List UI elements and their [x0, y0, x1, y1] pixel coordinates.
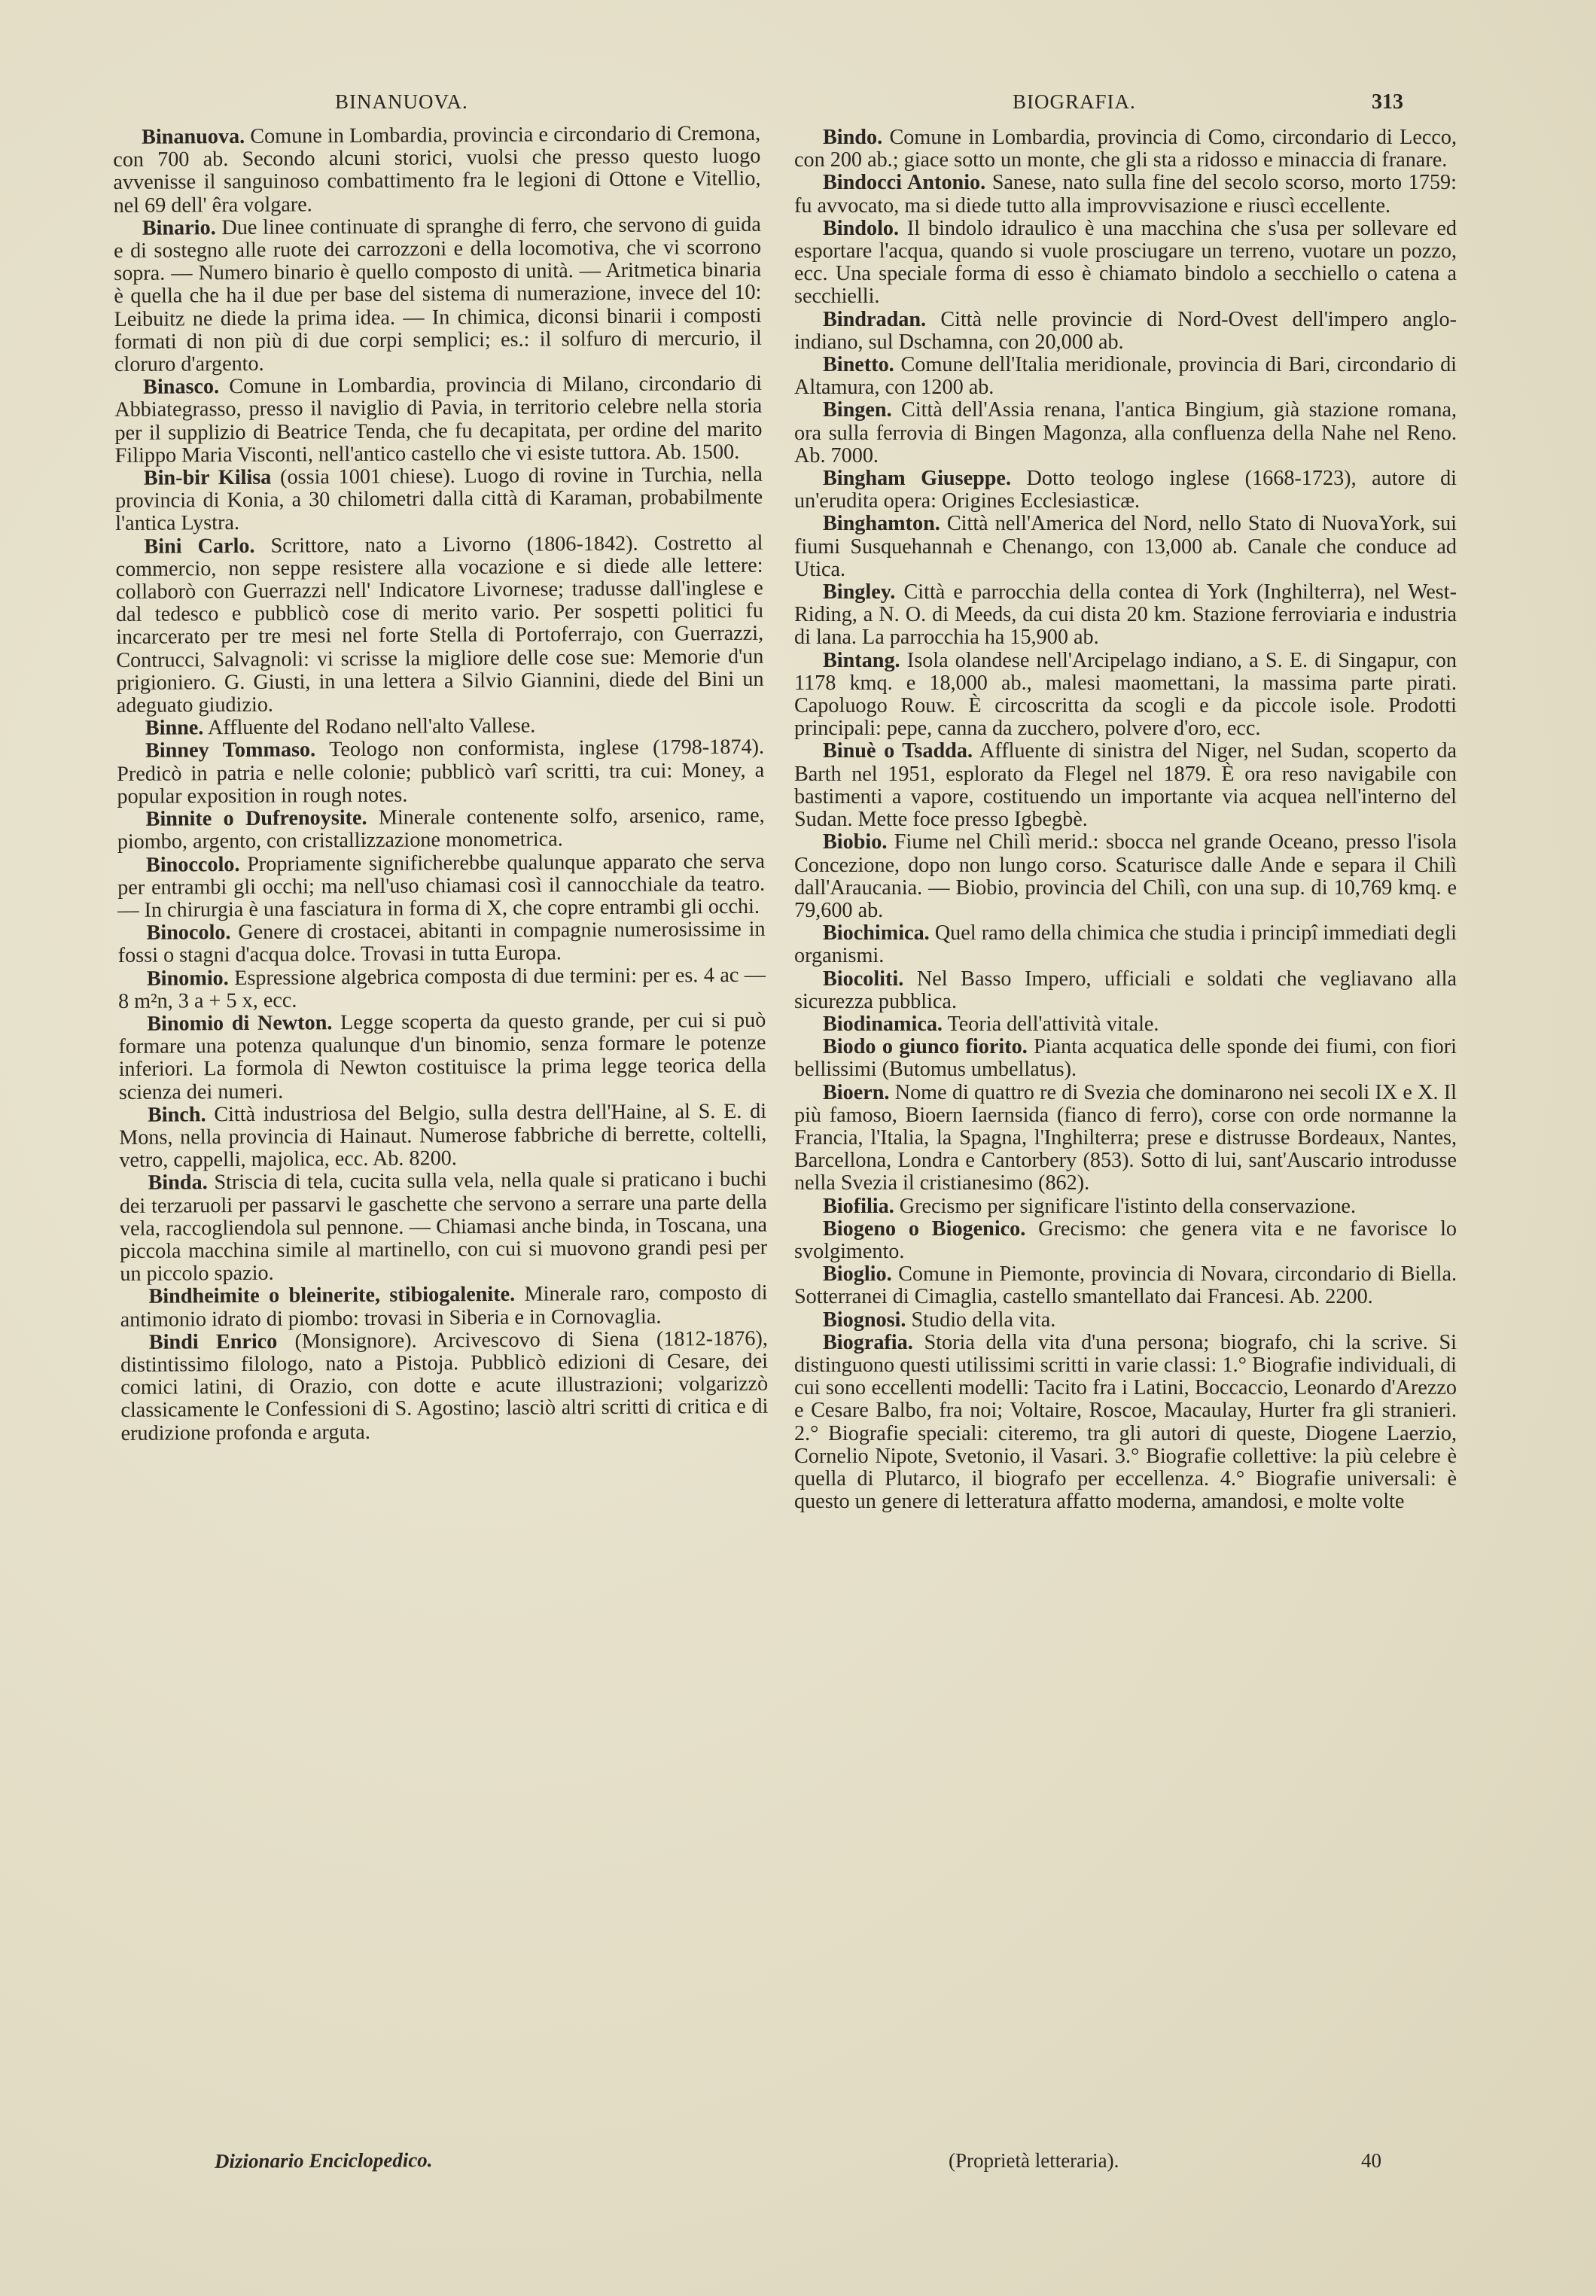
entry-definition: Città dell'Assia renana, l'antica Bingiu… — [794, 398, 1457, 467]
left-column: Binanuova. Comune in Lombardia, provinci… — [113, 123, 769, 1445]
entry-headword: Bingley. — [823, 580, 895, 604]
page-footer: Dizionario Enciclopedico. (Proprietà let… — [0, 2149, 1596, 2194]
entry-headword: Bintang. — [823, 649, 900, 672]
dictionary-entry: Bingen. Città dell'Assia renana, l'antic… — [794, 399, 1457, 467]
entry-headword: Binch. — [148, 1103, 206, 1126]
entry-headword: Bioglio. — [823, 1262, 892, 1286]
dictionary-entry: Binasco. Comune in Lombardia, provincia … — [114, 373, 763, 467]
entry-definition: Città industriosa del Belgio, sulla dest… — [119, 1099, 766, 1172]
dictionary-entry: Biocoliti. Nel Basso Impero, ufficiali e… — [794, 968, 1457, 1013]
entry-headword: Binocolo. — [146, 921, 230, 945]
entry-headword: Biofilia. — [823, 1195, 894, 1218]
dictionary-entry: Binetto. Comune dell'Italia meridionale,… — [794, 354, 1457, 399]
entry-headword: Biochimica. — [823, 921, 930, 945]
copyright-notice: (Proprietà letteraria). — [949, 2149, 1119, 2173]
entry-headword: Bingen. — [823, 398, 892, 422]
entry-headword: Binario. — [142, 216, 216, 240]
entry-headword: Binoccolo. — [146, 852, 240, 876]
entry-headword: Bindolo. — [823, 217, 899, 240]
dictionary-entry: Bin-bir Kilisa (ossia 1001 chiese). Luog… — [115, 464, 763, 536]
dictionary-entry: Binocolo. Genere di crostacei, abitanti … — [117, 918, 765, 968]
running-head-right: BIOGRAFIA. — [1013, 90, 1136, 114]
page-number: 313 — [1372, 90, 1403, 114]
dictionary-entry: Binnite o Dufrenoysite. Minerale contene… — [117, 805, 765, 854]
entry-definition: Striscia di tela, cucita sulla vela, nel… — [120, 1168, 768, 1286]
dictionary-entry: Bindo. Comune in Lombardia, provincia di… — [794, 126, 1457, 172]
running-head-left: BINANUOVA. — [335, 90, 468, 114]
entry-headword: Bindo. — [823, 126, 882, 149]
entry-definition: Comune in Piemonte, provincia di Novara,… — [794, 1262, 1457, 1308]
entry-headword: Bini Carlo. — [144, 534, 254, 559]
entry-headword: Binetto. — [823, 353, 894, 376]
dictionary-entry: Binghamton. Città nell'America del Nord,… — [794, 513, 1457, 581]
entry-headword: Binasco. — [143, 375, 219, 399]
entry-headword: Biocoliti. — [823, 967, 903, 991]
entry-headword: Bindradan. — [823, 308, 926, 331]
dictionary-entry: Biodo o giunco fiorito. Pianta acquatica… — [794, 1036, 1457, 1081]
entry-headword: Biogeno o Biogenico. — [823, 1217, 1025, 1241]
entry-headword: Binuè o Tsadda. — [823, 739, 973, 763]
entry-headword: Biografia. — [823, 1331, 913, 1354]
entry-definition: Affluente del Rodano nell'alto Vallese. — [203, 714, 535, 740]
entry-headword: Binney Tommaso. — [145, 738, 315, 763]
dictionary-entry: Biognosi. Studio della vita. — [794, 1309, 1457, 1332]
entry-headword: Bioern. — [823, 1081, 889, 1104]
entry-headword: Binne. — [145, 717, 204, 740]
entry-definition: Comune in Lombardia, provincia di Como, … — [794, 126, 1457, 172]
dictionary-entry: Bioern. Nome di quattro re di Svezia che… — [794, 1082, 1457, 1195]
dictionary-entry: Bioglio. Comune in Piemonte, provincia d… — [794, 1263, 1457, 1308]
dictionary-entry: Biografia. Storia della vita d'una perso… — [794, 1332, 1457, 1514]
dictionary-entry: Bindi Enrico (Monsignore). Arcivescovo d… — [120, 1327, 769, 1445]
entry-headword: Biognosi. — [823, 1308, 906, 1332]
entry-definition: Studio della vita. — [906, 1308, 1055, 1332]
dictionary-entry: Biogeno o Biogenico. Grecismo: che gener… — [794, 1218, 1457, 1263]
entry-headword: Bindi Enrico — [149, 1329, 278, 1354]
dictionary-entry: Biobio. Fiume nel Chilì merid.: sbocca n… — [794, 831, 1457, 922]
dictionary-entry: Biodinamica. Teoria dell'attività vitale… — [794, 1013, 1457, 1036]
entry-headword: Biodo o giunco fiorito. — [823, 1035, 1028, 1058]
dictionary-entry: Binomio. Espressione algebrica composta … — [118, 964, 766, 1013]
entry-headword: Binghamton. — [823, 512, 940, 535]
entry-definition: Teoria dell'attività vitale. — [943, 1012, 1159, 1036]
entry-headword: Biobio. — [823, 830, 887, 854]
right-column: Bindo. Comune in Lombardia, provincia di… — [794, 126, 1457, 1513]
dictionary-entry: Bingham Giuseppe. Dotto teologo inglese … — [794, 467, 1457, 513]
signature-mark: 40 — [1361, 2149, 1381, 2173]
dictionary-entry: Bindocci Antonio. Sanese, nato sulla fin… — [794, 172, 1457, 217]
entry-headword: Bin-bir Kilisa — [144, 466, 272, 490]
dictionary-entry: Binoccolo. Propriamente significherebbe … — [117, 850, 766, 922]
dictionary-entry: Biofilia. Grecismo per significare l'ist… — [794, 1195, 1457, 1218]
dictionary-entry: Binuè o Tsadda. Affluente di sinistra de… — [794, 740, 1457, 831]
dictionary-entry: Binda. Striscia di tela, cucita sulla ve… — [119, 1168, 767, 1286]
dictionary-entry: Binney Tommaso. Teologo non conformista,… — [117, 736, 765, 808]
dictionary-entry: Binanuova. Comune in Lombardia, provinci… — [113, 123, 761, 218]
dictionary-entry: Bindradan. Città nelle provincie di Nord… — [794, 309, 1457, 354]
dictionary-entry: Binomio di Newton. Legge scoperta da que… — [118, 1009, 766, 1104]
entry-definition: Scrittore, nato a Livorno (1806-1842). C… — [115, 531, 763, 717]
dictionary-entry: Binch. Città industriosa del Belgio, sul… — [119, 1100, 767, 1172]
dictionary-entry: Bini Carlo. Scrittore, nato a Livorno (1… — [115, 531, 763, 717]
entry-definition: Comune dell'Italia meridionale, provinci… — [794, 353, 1457, 399]
entry-headword: Binnite o Dufrenoysite. — [146, 806, 367, 831]
entry-definition: Nome di quattro re di Svezia che dominar… — [794, 1081, 1457, 1195]
dictionary-entry: Bingley. Città e parrocchia della contea… — [794, 581, 1457, 650]
publication-title: Dizionario Enciclopedico. — [215, 2148, 433, 2173]
entry-headword: Binomio di Newton. — [147, 1011, 332, 1036]
entry-definition: Storia della vita d'una persona; biograf… — [794, 1331, 1457, 1513]
entry-headword: Biodinamica. — [823, 1012, 943, 1036]
dictionary-entry: Binario. Due linee continuate di sprangh… — [114, 214, 762, 377]
dictionary-entry: Bindolo. Il bindolo idraulico è una macc… — [794, 218, 1457, 309]
entry-definition: Fiume nel Chilì merid.: sbocca nel grand… — [794, 830, 1457, 922]
dictionary-entry: Biochimica. Quel ramo della chimica che … — [794, 922, 1457, 967]
page-header: BINANUOVA. BIOGRAFIA. 313 — [0, 90, 1596, 128]
entry-headword: Binda. — [148, 1171, 207, 1195]
entry-headword: Bindocci Antonio. — [823, 171, 985, 194]
dictionary-entry: Bintang. Isola olandese nell'Arcipelago … — [794, 650, 1457, 741]
entry-headword: Bindheimite o bleinerite, stibiogalenite… — [148, 1283, 515, 1308]
entry-definition: Grecismo per significare l'istinto della… — [894, 1195, 1356, 1218]
entry-headword: Binomio. — [147, 967, 229, 991]
entry-headword: Binanuova. — [142, 125, 245, 149]
dictionary-entry: Bindheimite o bleinerite, stibiogalenite… — [120, 1282, 767, 1332]
entry-headword: Bingham Giuseppe. — [823, 467, 1011, 490]
